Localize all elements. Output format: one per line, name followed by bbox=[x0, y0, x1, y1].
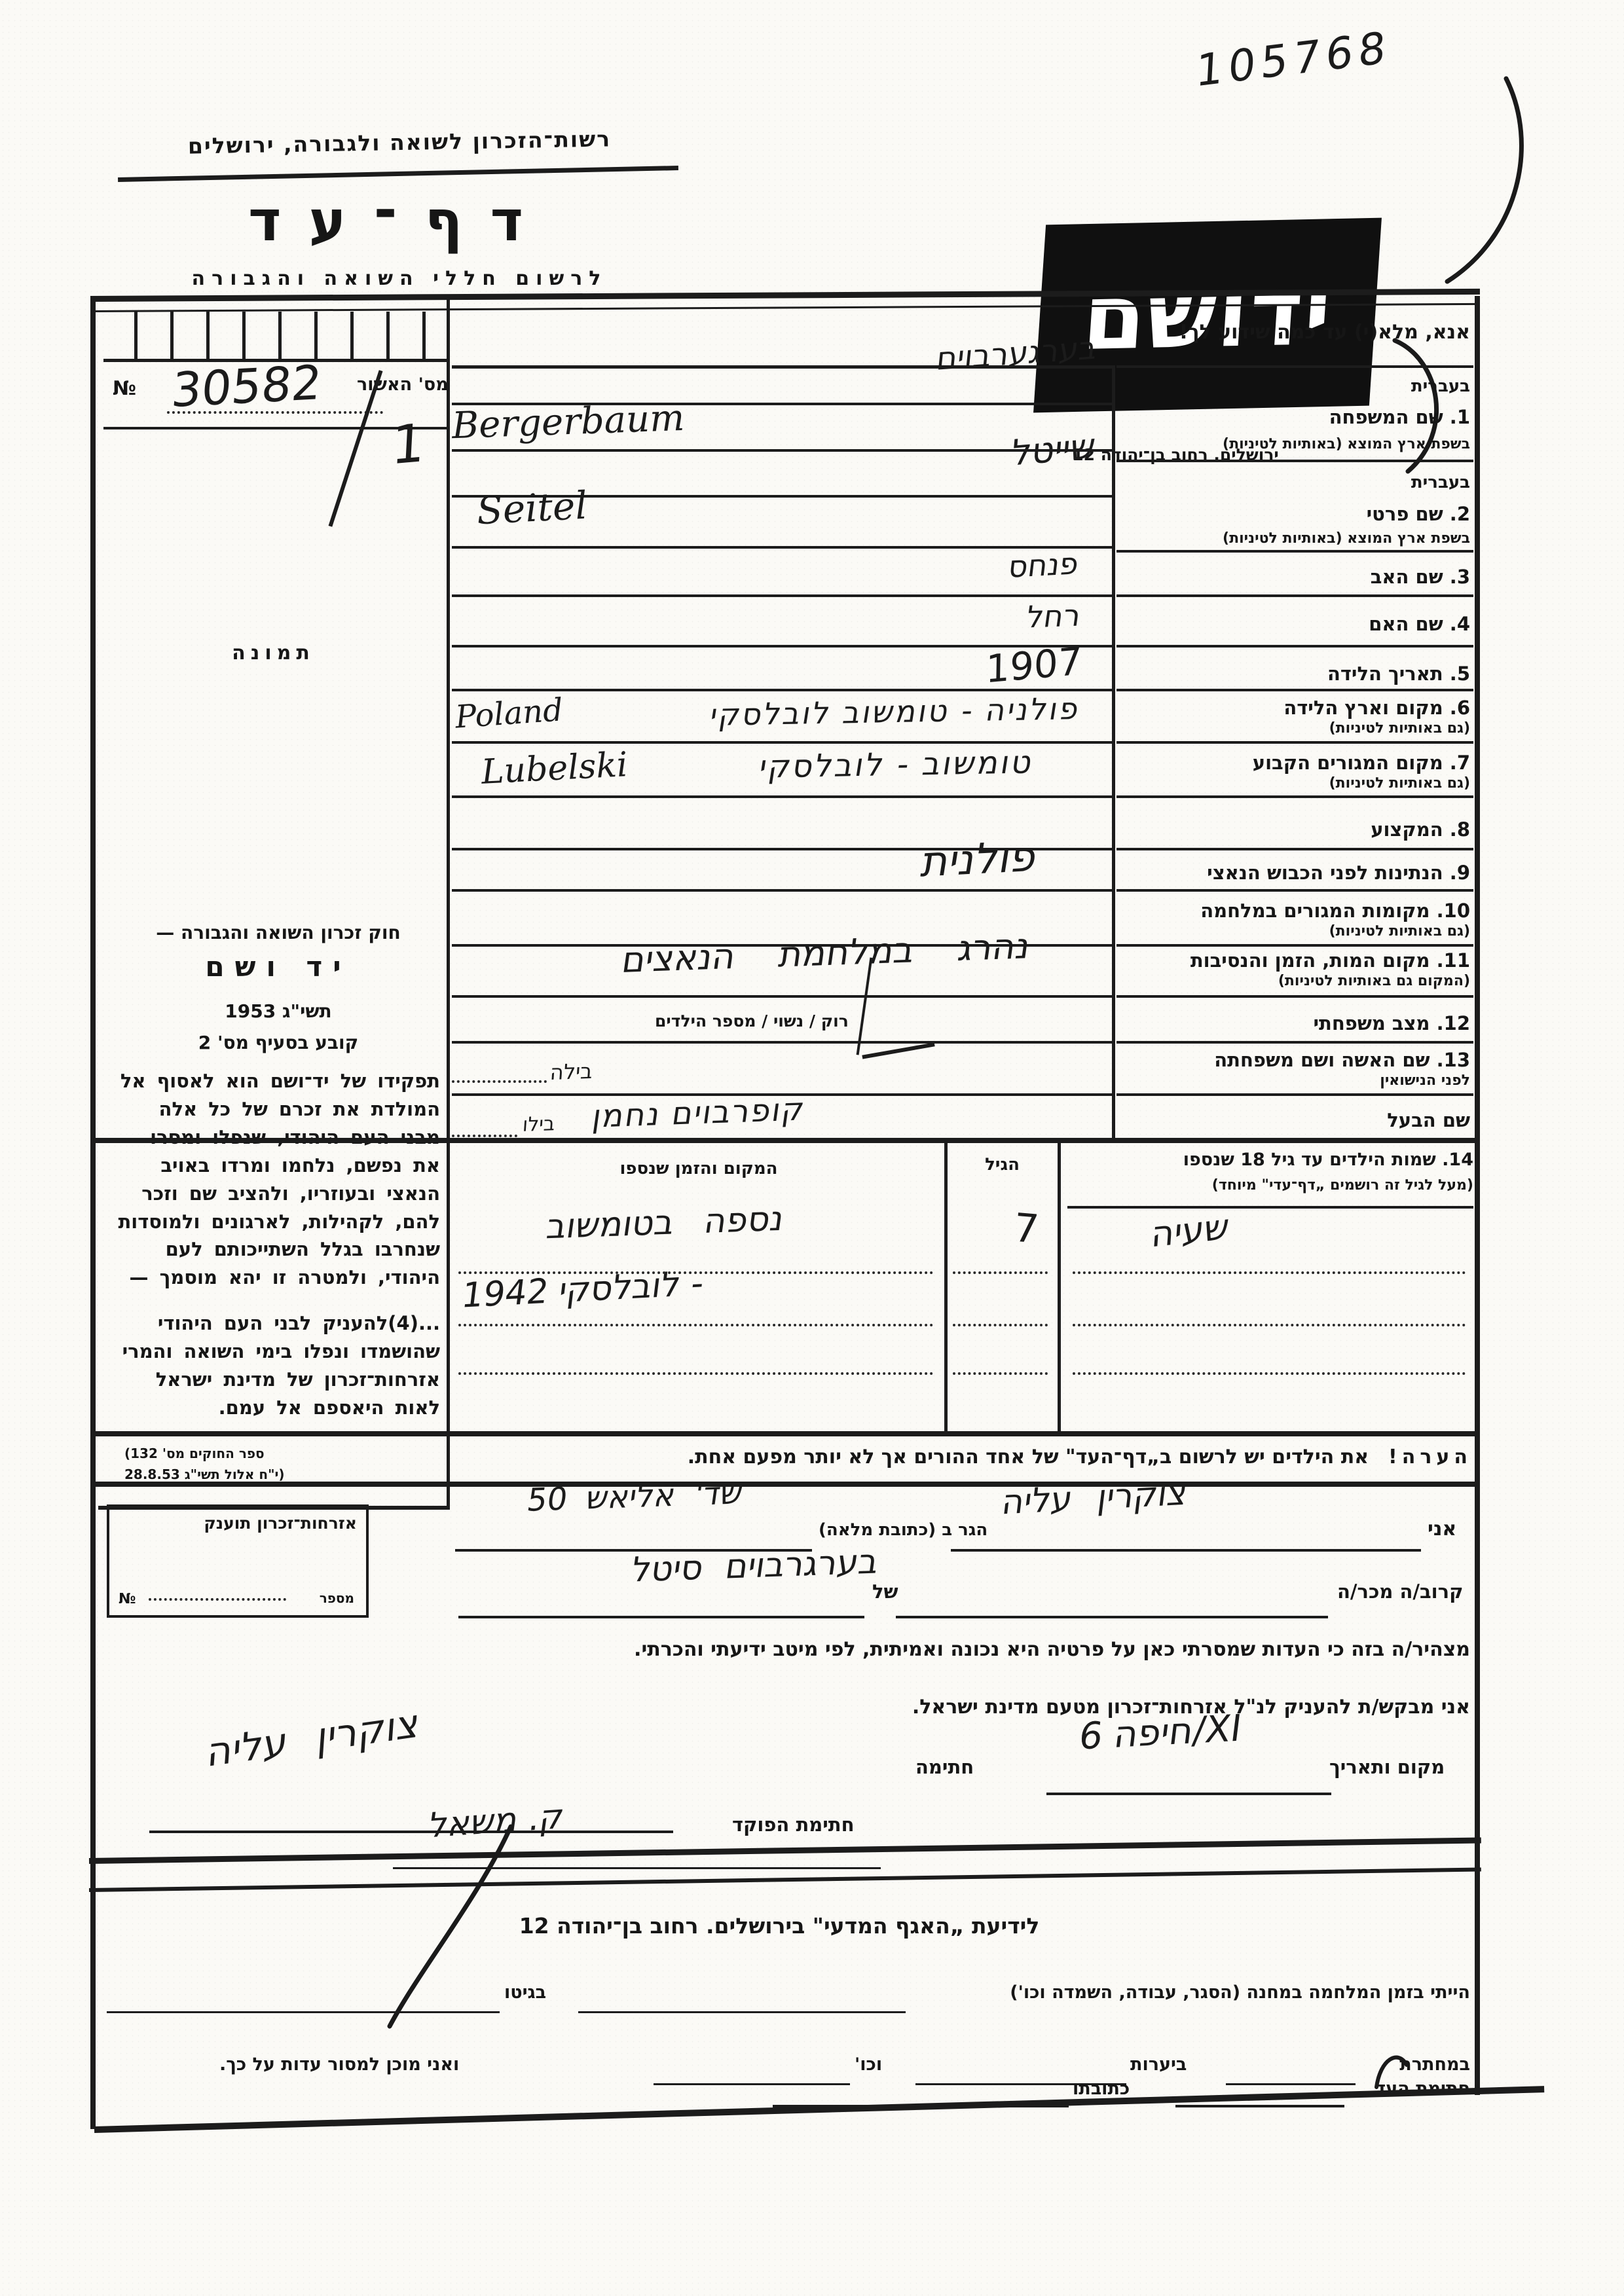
pen-mark-bottom-right bbox=[1369, 2043, 1414, 2095]
scientific-branch-info-line: לידיעת „האגף המדעי" בירושלים. רחוב בן־יה… bbox=[367, 1913, 1192, 1939]
husband-name-handwriting: קופרבוים נחמן bbox=[590, 1091, 808, 1135]
husband-name-label: שם הבעל bbox=[1116, 1109, 1470, 1131]
field-6-label: 6. מקום וארץ הלידה bbox=[1116, 697, 1470, 719]
children-age-column-header: הגיל bbox=[946, 1155, 1059, 1175]
declarant-name-handwriting: צוקרין עליה bbox=[999, 1473, 1189, 1522]
field-3-label: 3. שם האב bbox=[1116, 566, 1470, 588]
child-age-handwriting: 7 bbox=[1012, 1205, 1041, 1252]
form-subtitle: לרשום חללי השואה והגבורה bbox=[121, 267, 678, 290]
approval-number-label: מס' האשור bbox=[357, 374, 449, 395]
testify-label: ואני מוכן למסור עדות על כך. bbox=[219, 2054, 459, 2075]
ghetto-label: בגיטו bbox=[504, 1982, 546, 2003]
law-reference-line2: י"ח אלול תשי"ג 28.8.53) bbox=[124, 1467, 285, 1482]
marital-status-dash-handwriting bbox=[862, 1042, 934, 1059]
intro-instruction: אנא, מלא(י) עד כמה שידוע לך! bbox=[1116, 321, 1470, 344]
approval-slash-stroke bbox=[329, 370, 383, 527]
approval-number-suffix: 1 bbox=[390, 412, 427, 476]
place-date-label: מקום ותאריך bbox=[1329, 1756, 1445, 1778]
children-place-column-header: המקום והזמן שנספו bbox=[452, 1159, 946, 1178]
wife-name-dotted-leader bbox=[452, 1080, 547, 1083]
declaration-statement-2: אני מבקש/ת להעניק לנ"ל אזרחות־זכרון מטעם… bbox=[576, 1696, 1470, 1719]
field-9-label: 9. הנתינות לפני הכבוש הנאצי bbox=[1116, 862, 1470, 884]
field-11-sublabel: (המקום גם באותיות לטיניות) bbox=[1116, 973, 1470, 989]
law-reference-line1: (ספר החוקים מס' 132 bbox=[124, 1446, 265, 1461]
note-text: את הילדים יש לרשום ב„דף־העד" של אחד ההור… bbox=[688, 1446, 1369, 1468]
field-1-label: 1. שם המשפחה bbox=[1116, 406, 1470, 428]
children-table-divider-1 bbox=[944, 1142, 948, 1434]
declaration-relation-label: קרוב/ה מכר/ה bbox=[1337, 1580, 1463, 1603]
header-rule bbox=[118, 166, 678, 182]
memorial-citizenship-number-sign: № bbox=[119, 1591, 136, 1607]
organization-title: רשות־הזכרון לשואה ולגבורה, ירושלים bbox=[121, 125, 678, 160]
field-10-sublabel: (גם באותיות לטיניות) bbox=[1116, 923, 1470, 939]
logo-text: ידושם bbox=[1079, 260, 1335, 371]
memorial-citizenship-title: אזרחות־זכרון תוענק bbox=[204, 1514, 357, 1533]
marital-status-options: רוק / נשוי / מספר הילדים bbox=[655, 1011, 849, 1030]
field-11-label: 11. מקום המות, הזמן והנסיבות bbox=[1116, 949, 1470, 972]
father-name-handwriting: פנחס bbox=[1006, 545, 1081, 585]
field-12-label: 12. מצב משפחתי bbox=[1116, 1012, 1470, 1034]
declarant-signature-handwriting: צוקרין עליה bbox=[206, 1700, 421, 1777]
first-name-hebrew-handwriting: שייטל bbox=[1010, 425, 1097, 474]
law-title-line4: קובע בסעיף מס' 2 bbox=[115, 1032, 442, 1053]
field-13-label: 13. שם האשה ושם משפחתה bbox=[1116, 1049, 1470, 1071]
clerk-signature-label: חתימת הפוקד bbox=[732, 1813, 855, 1836]
field-1-language-tag: בעברית bbox=[1116, 376, 1470, 396]
declarant-address-handwriting: שד' אליאש 50 bbox=[525, 1474, 745, 1519]
residence-latin-handwriting: Lubelski bbox=[481, 745, 629, 792]
approval-number-sign: № bbox=[113, 377, 136, 400]
memorial-citizenship-box: אזרחות־זכרון תוענק מספר № bbox=[107, 1504, 369, 1618]
field-14-label-underline bbox=[1067, 1206, 1473, 1209]
witness-address-label: כתובתו bbox=[1073, 2079, 1130, 2099]
wife-name-handwriting: בילה bbox=[549, 1059, 593, 1085]
approval-box-line bbox=[103, 427, 447, 429]
scanned-testimony-page: 105768 רשות־הזכרון לשואה ולגבורה, ירושלי… bbox=[0, 0, 1624, 2296]
camp-label: הייתי בזמן המלחמה במחנה (הסגר, עבודה, הש… bbox=[910, 1982, 1470, 2003]
residence-hebrew-handwriting: טומשוב - לובלסקי bbox=[757, 744, 1037, 785]
double-separator-line-2 bbox=[89, 1867, 1481, 1892]
note-row-top-border bbox=[90, 1431, 1480, 1436]
declaration-statement-1: מצהיר/ה בזה כי העדות שמסרתי כאן על פרטיה… bbox=[452, 1638, 1470, 1661]
form-title: דף־עד bbox=[121, 189, 678, 254]
declaration-of-label: של bbox=[872, 1580, 898, 1603]
first-name-latin-handwriting: Seitel bbox=[475, 483, 588, 534]
field-1-sublabel: בשפת ארץ המוצא (באותיות לטיניות) bbox=[1116, 436, 1470, 452]
declaration-i-label: אני bbox=[1428, 1518, 1456, 1540]
left-box-right-border bbox=[447, 298, 450, 1509]
child-name-handwriting: שעיה bbox=[1150, 1205, 1230, 1255]
field-2-label: 2. שם פרטי bbox=[1116, 503, 1470, 525]
children-table-divider-2 bbox=[1058, 1142, 1061, 1434]
children-table-top-border bbox=[90, 1138, 1480, 1143]
note-title: הערה! bbox=[1388, 1446, 1472, 1468]
field-14-label-line2: (מעל לגיל זה רושמים „דף־עדי" מיוחד) bbox=[1067, 1177, 1473, 1194]
birth-date-handwriting: 1907 bbox=[986, 638, 1082, 691]
double-separator-line-1 bbox=[89, 1837, 1481, 1864]
field-5-label: 5. תאריך הלידה bbox=[1116, 663, 1470, 685]
bottom-border-line bbox=[94, 2086, 1544, 2133]
field-14-label-line1: 14. שמות הילדים עד גיל 18 שנספו bbox=[1067, 1150, 1473, 1170]
etc-label: וכו' bbox=[855, 2054, 882, 2075]
memorial-citizenship-dotted bbox=[149, 1598, 286, 1601]
field-7-label: 7. מקום המגורים הקבוע bbox=[1116, 752, 1470, 774]
victim-relation-handwriting: בערגרבוים סיטל bbox=[629, 1542, 881, 1590]
note-row-bottom-border bbox=[90, 1482, 1480, 1487]
memorial-citizenship-number-label: מספר bbox=[320, 1590, 354, 1606]
family-name-latin-handwriting: Bergerbaum bbox=[451, 397, 685, 447]
law-body-paragraph-1: תפקידו של יד־ושם הוא לאסוף אל המולדת את … bbox=[118, 1067, 440, 1292]
approval-number-value: 30582 bbox=[169, 355, 323, 418]
field-7-sublabel: (גם באותיות לטיניות) bbox=[1116, 775, 1470, 792]
field-10-label: 10. מקומות המגורים במלחמה bbox=[1116, 900, 1470, 922]
husband-secondary-handwriting: בילו bbox=[522, 1112, 556, 1137]
declaration-address-label: הגר ב (כתובת מלאה) bbox=[819, 1520, 987, 1540]
place-date-handwriting: חיפה 6/XI bbox=[1077, 1707, 1244, 1758]
law-title-line3: תשי"ג 1953 bbox=[115, 1000, 442, 1022]
birth-place-latin-handwriting: Poland bbox=[454, 691, 564, 735]
field-4-label: 4. שם האם bbox=[1116, 613, 1470, 635]
husband-dotted-leader bbox=[452, 1135, 517, 1137]
field-13-sublabel: לפני הנישואין bbox=[1116, 1072, 1470, 1089]
law-body-paragraph-2: ...(4)להעניק לבני העם היהודי שהושמדו ונפ… bbox=[118, 1309, 440, 1422]
law-title-line2: יד ושם bbox=[115, 951, 442, 983]
label-column-divider bbox=[1112, 365, 1115, 1139]
field-2-sublabel: בשפת ארץ המוצא (באותיות לטיניות) bbox=[1116, 530, 1470, 547]
field-6-sublabel: (גם באותיות לטיניות) bbox=[1116, 720, 1470, 737]
child-place-handwriting-line1: נספה בטומשוב bbox=[544, 1199, 786, 1247]
main-box-left-border bbox=[90, 296, 96, 2129]
forest-label: ביערות bbox=[1130, 2054, 1187, 2075]
field-2-language-tag: בעברית bbox=[1116, 473, 1470, 492]
signature-label: חתימה bbox=[915, 1756, 974, 1778]
death-circumstances-handwriting: נהרג במלחמת הנאצים bbox=[619, 925, 1033, 981]
note-row: הערה!את הילדים יש לרשום ב„דף־העד" של אחד… bbox=[458, 1446, 1472, 1468]
photo-placeholder-label: תמונה bbox=[98, 642, 449, 665]
law-title-line1: חוק זכרון השואה והגבורה — bbox=[115, 922, 442, 943]
main-box-right-border bbox=[1475, 296, 1480, 2095]
field-8-label: 8. המקצוע bbox=[1116, 818, 1470, 841]
mother-name-handwriting: רחל bbox=[1024, 597, 1083, 634]
birth-place-hebrew-handwriting: פולניה - טומשוב לובלסקי bbox=[708, 691, 1084, 733]
citizenship-handwriting: פולנית bbox=[918, 832, 1041, 887]
